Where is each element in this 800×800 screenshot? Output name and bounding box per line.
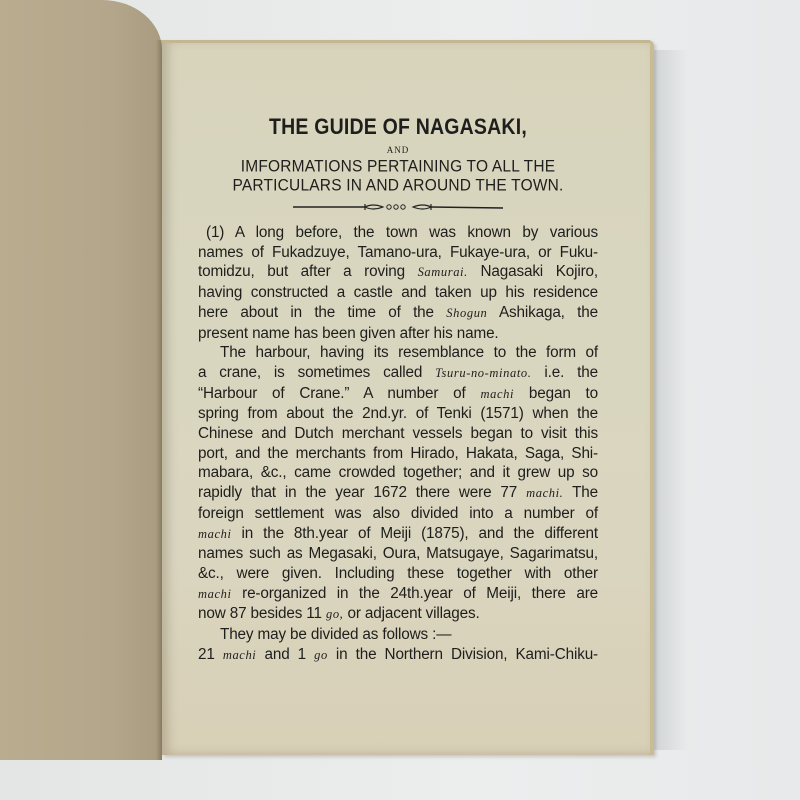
text-run: names of Fukadzuye, Tamano-ura, Fukaye-u…	[198, 244, 598, 261]
text-line: (1) A long before, the town was known by…	[198, 223, 598, 243]
text-line: tomidzu, but after a roving Samurai. Nag…	[198, 262, 598, 283]
text-run: having constructed a castle and taken up…	[198, 284, 598, 301]
text-run: &c., were given. Including these togethe…	[198, 565, 598, 582]
right-book-page: THE GUIDE OF NAGASAKI, AND IMFORMATIONS …	[162, 40, 654, 755]
text-line: present name has been given after his na…	[198, 324, 598, 344]
text-line: names of Fukadzuye, Tamano-ura, Fukaye-u…	[198, 243, 598, 263]
text-run: tomidzu, but after a roving	[198, 263, 418, 280]
text-run: or adjacent villages.	[343, 605, 479, 622]
text-run: Ashikaga, the	[487, 304, 598, 321]
italic-term: machi	[223, 648, 257, 662]
text-line: rapidly that in the year 1672 there were…	[198, 483, 598, 504]
text-line: now 87 besides 11 go, or adjacent villag…	[198, 604, 598, 625]
paragraph-4: 21 machi and 1 go in the Northern Divisi…	[198, 645, 598, 666]
text-run: “Harbour of Crane.” A number of	[198, 385, 480, 402]
text-line: 21 machi and 1 go in the Northern Divisi…	[198, 645, 598, 666]
text-run: The	[563, 484, 598, 501]
italic-term: go,	[326, 607, 343, 621]
text-run: mabara, &c., came crowded together; and …	[198, 464, 598, 481]
text-line: port, and the merchants from Hirado, Hak…	[198, 444, 598, 464]
italic-term: Tsuru-no-minato.	[435, 366, 531, 380]
text-line: foreign settlement was also divided into…	[198, 504, 598, 524]
italic-term: machi	[480, 387, 514, 401]
left-book-page	[0, 0, 162, 760]
text-line: Chinese and Dutch merchant vessels began…	[198, 424, 598, 444]
italic-term: machi	[198, 527, 232, 541]
title-conjunction: AND	[198, 145, 598, 155]
text-line: here about in the time of the Shogun Ash…	[198, 303, 598, 324]
subtitle-line-2: PARTICULARS IN AND AROUND THE TOWN.	[198, 175, 598, 196]
text-run: 21	[198, 646, 223, 663]
text-run: i.e. the	[531, 364, 598, 381]
text-run: The harbour, having its resemblance to t…	[220, 344, 598, 361]
text-run: names such as Megasaki, Oura, Matsugaye,…	[198, 545, 598, 562]
paragraph-1: (1) A long before, the town was known by…	[198, 223, 598, 343]
text-run: (1) A long before, the town was known by…	[206, 224, 598, 241]
text-run: They may be divided as follows :—	[220, 626, 451, 643]
paragraph-2: The harbour, having its resemblance to t…	[198, 343, 598, 625]
text-run: Nagasaki Kojiro,	[468, 263, 598, 280]
subtitle-line-1: IMFORMATIONS PERTAINING TO ALL THE	[198, 156, 598, 177]
italic-term: Samurai.	[418, 265, 468, 279]
text-run: Chinese and Dutch merchant vessels began…	[198, 425, 598, 442]
text-run: a crane, is sometimes called	[198, 364, 435, 381]
text-run: now 87 besides 11	[198, 605, 326, 622]
page-shadow	[648, 50, 688, 750]
text-run: rapidly that in the year 1672 there were…	[198, 484, 526, 501]
text-run: port, and the merchants from Hirado, Hak…	[198, 445, 598, 462]
text-run: began to	[514, 385, 598, 402]
text-line: They may be divided as follows :—	[198, 625, 598, 645]
text-run: spring from about the 2nd.yr. of Tenki (…	[198, 405, 598, 422]
text-line: mabara, &c., came crowded together; and …	[198, 463, 598, 483]
text-line: machi in the 8th.year of Meiji (1875), a…	[198, 524, 598, 545]
page-title: THE GUIDE OF NAGASAKI,	[198, 114, 598, 140]
italic-term: machi	[198, 587, 232, 601]
text-line: machi re-organized in the 24th.year of M…	[198, 584, 598, 605]
body-text: (1) A long before, the town was known by…	[198, 223, 598, 665]
text-run: here about in the time of the	[198, 304, 446, 321]
italic-term: machi.	[526, 486, 563, 500]
text-run: re-organized in the 24th.year of Meiji, …	[232, 585, 598, 602]
text-line: a crane, is sometimes called Tsuru-no-mi…	[198, 363, 598, 384]
text-line: &c., were given. Including these togethe…	[198, 564, 598, 584]
text-line: having constructed a castle and taken up…	[198, 283, 598, 303]
text-run: and 1	[256, 646, 314, 663]
text-line: spring from about the 2nd.yr. of Tenki (…	[198, 404, 598, 424]
text-run: in the 8th.year of Meiji (1875), and the…	[232, 525, 598, 542]
text-line: names such as Megasaki, Oura, Matsugaye,…	[198, 544, 598, 564]
text-line: The harbour, having its resemblance to t…	[198, 343, 598, 363]
text-line: “Harbour of Crane.” A number of machi be…	[198, 384, 598, 405]
text-run: present name has been given after his na…	[198, 325, 499, 342]
ornament-rule-icon	[293, 201, 503, 213]
text-run: in the Northern Division, Kami-Chiku-	[328, 646, 598, 663]
page-text: THE GUIDE OF NAGASAKI, AND IMFORMATIONS …	[198, 116, 598, 665]
italic-term: go	[314, 648, 328, 662]
paragraph-3: They may be divided as follows :—	[198, 625, 598, 645]
text-run: foreign settlement was also divided into…	[198, 505, 598, 522]
italic-term: Shogun	[446, 306, 487, 320]
